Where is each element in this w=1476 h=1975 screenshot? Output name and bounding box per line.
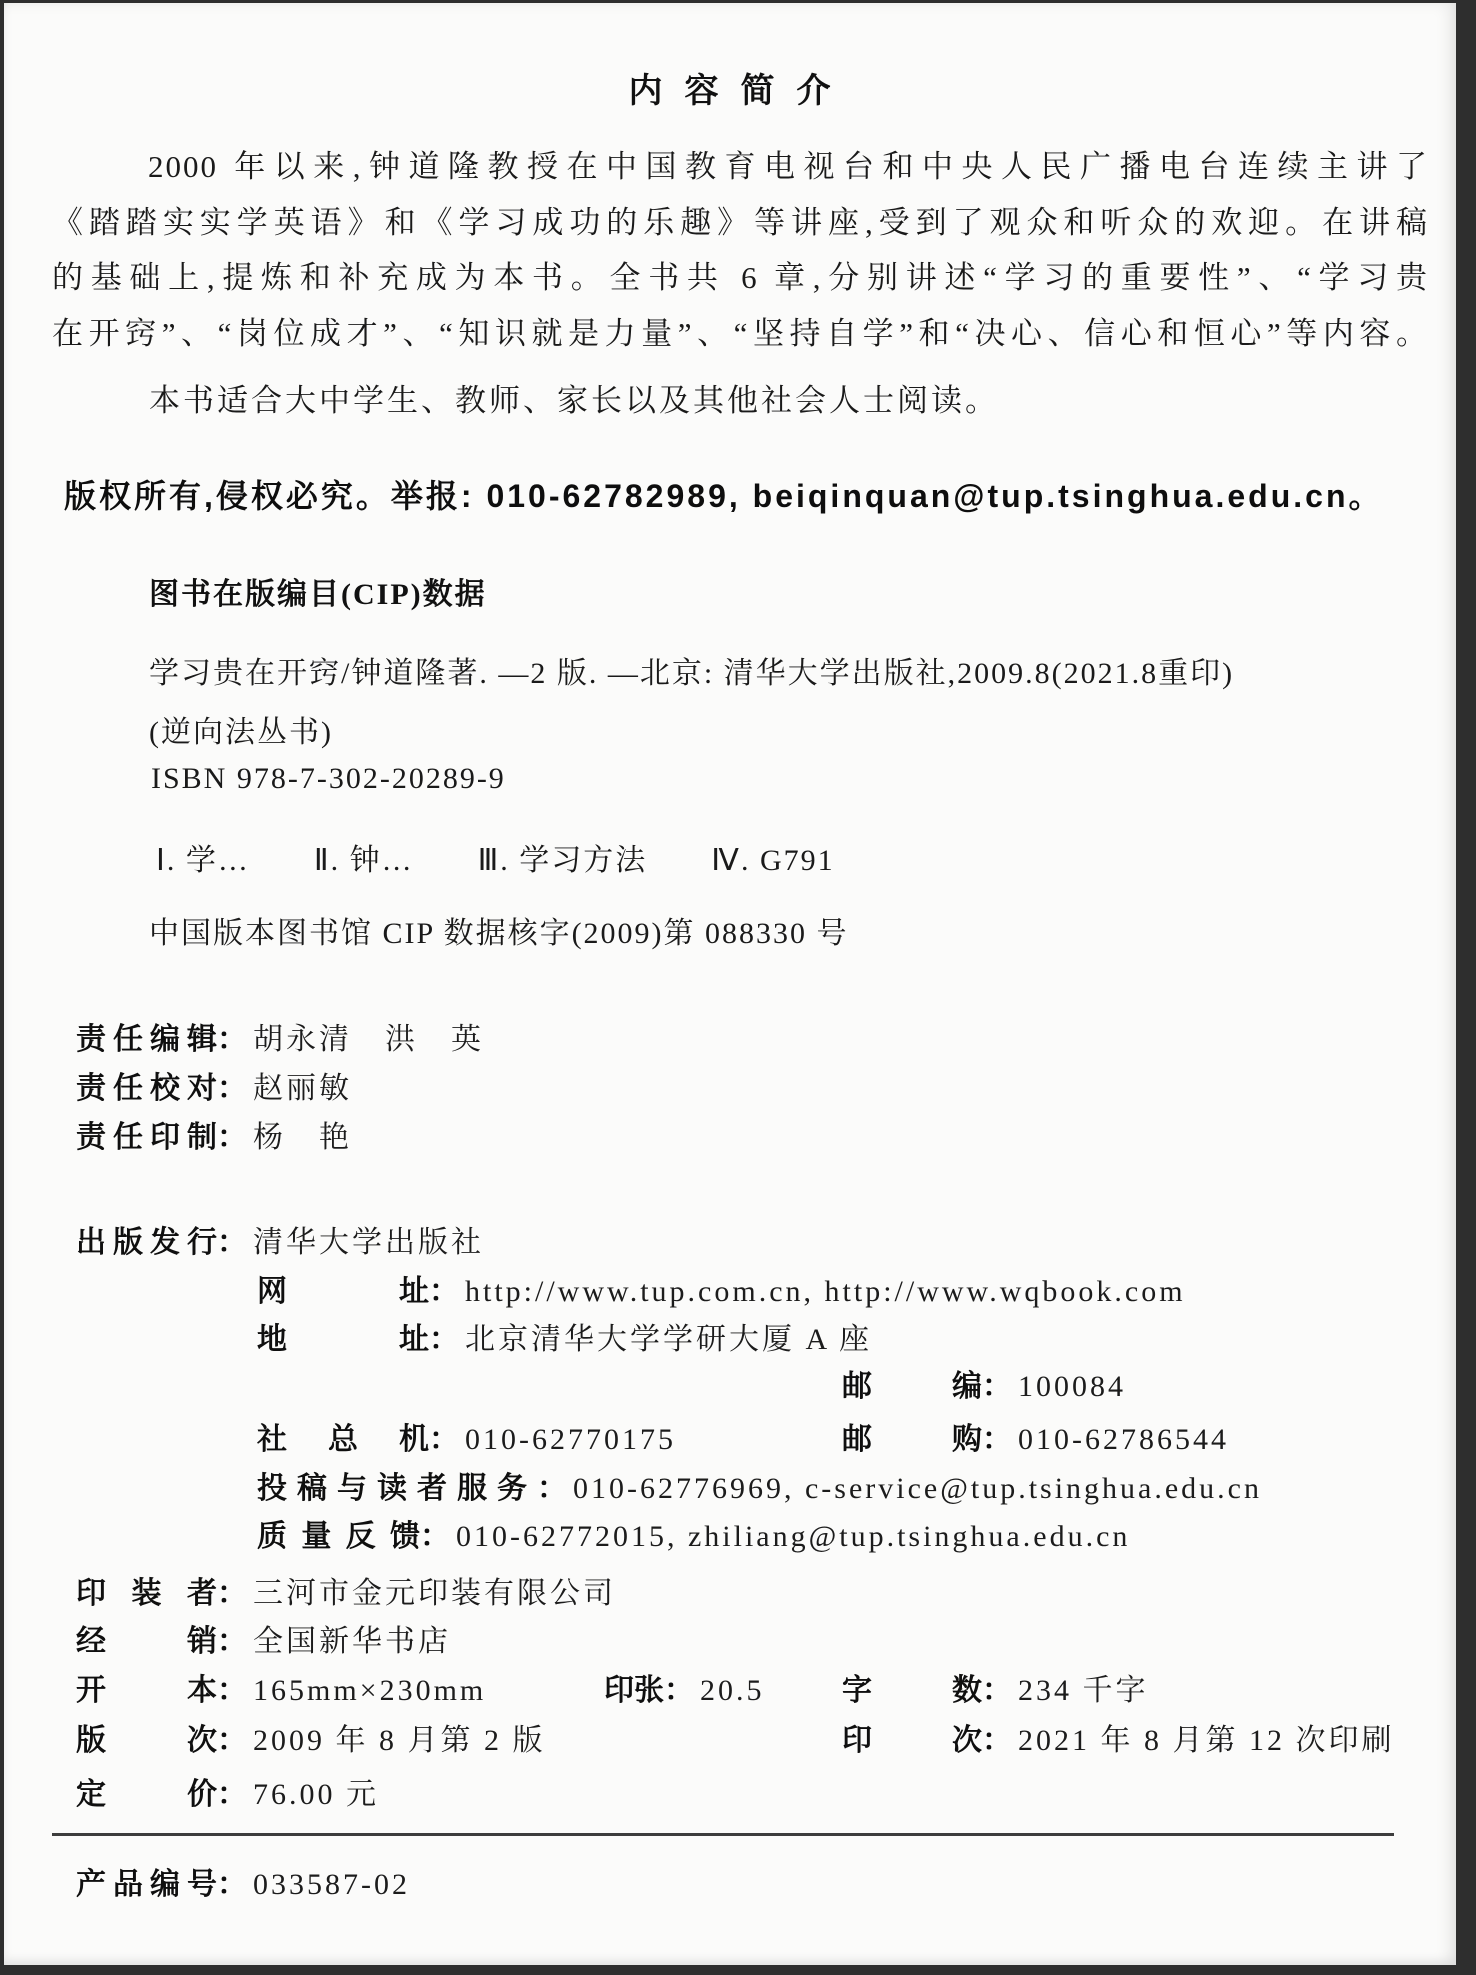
cip-classification: Ⅰ. 学… Ⅱ. 钟… Ⅲ. 学习方法 Ⅳ. G791 xyxy=(156,835,835,879)
address-value: 北京清华大学学研大厦 A 座 xyxy=(465,1323,872,1356)
label-colon: ： xyxy=(217,1625,247,1658)
intro-line-3: 的基础上,提炼和补充成为本书。全书共 6 章,分别讲述“学习的重要性”、“学习贵 xyxy=(52,250,1429,306)
words-segment: 字数：234 千字 xyxy=(842,1665,1149,1709)
publisher-value: 清华大学出版社 xyxy=(253,1226,484,1259)
format-value: 165mm×230mm xyxy=(253,1674,486,1707)
edition-impression-row: 版次：2009 年 8 月第 2 版 印次：2021 年 8 月第 12 次印刷 xyxy=(4,1715,1456,1757)
label-colon: ： xyxy=(420,1520,450,1553)
binder-row: 印装者：三河市金元印装有限公司 xyxy=(76,1568,616,1612)
publisher-label: 出版发行 xyxy=(76,1217,217,1261)
zipcode-label: 邮编 xyxy=(842,1361,982,1405)
staff-proofreader-label: 责任校对 xyxy=(76,1063,217,1107)
publisher-row: 出版发行：清华大学出版社 xyxy=(76,1217,484,1261)
label-colon: ： xyxy=(217,1226,247,1259)
website-value: http://www.tup.com.cn, http://www.wqbook… xyxy=(465,1275,1186,1308)
switchboard-value: 010-62770175 xyxy=(465,1423,676,1456)
zipcode-value: 100084 xyxy=(1018,1370,1126,1403)
price-row: 定价：76.00 元 xyxy=(76,1769,379,1813)
label-colon: ： xyxy=(217,1724,247,1757)
mailorder-label: 邮购 xyxy=(842,1414,982,1458)
words-value: 234 千字 xyxy=(1018,1674,1149,1707)
divider-line xyxy=(52,1833,1394,1836)
edition-label: 版次 xyxy=(76,1715,217,1759)
staff-print-supervisor-row: 责任印制：杨 艳 xyxy=(76,1112,352,1156)
label-colon: ： xyxy=(537,1472,567,1505)
label-colon: ： xyxy=(429,1323,459,1356)
label-colon: ： xyxy=(982,1423,1012,1456)
intro-line-1: 2000 年以来,钟道隆教授在中国教育电视台和中央人民广播电台连续主讲了 xyxy=(52,139,1429,195)
distributor-row: 经销：全国新华书店 xyxy=(76,1616,451,1660)
label-colon: ： xyxy=(664,1674,694,1707)
staff-editor-value: 胡永清 洪 英 xyxy=(253,1023,484,1056)
mailorder-segment: 邮购：010-62786544 xyxy=(842,1414,1229,1458)
cip-series: (逆向法丛书) xyxy=(149,707,333,751)
reader-service-value: 010-62776969, c-service@tup.tsinghua.edu… xyxy=(573,1472,1262,1505)
label-colon: ： xyxy=(217,1072,247,1105)
page-title: 内容简介 xyxy=(52,63,1429,112)
quality-feedback-row: 质量反馈：010-62772015, zhiliang@tup.tsinghua… xyxy=(257,1511,1130,1555)
label-colon: ： xyxy=(217,1577,247,1610)
words-label: 字数 xyxy=(842,1665,982,1709)
cip-isbn: ISBN 978-7-302-20289-9 xyxy=(151,762,506,796)
distributor-label: 经销 xyxy=(76,1616,217,1660)
label-colon: ： xyxy=(217,1023,247,1056)
product-number-label: 产品编号 xyxy=(76,1859,217,1903)
staff-proofreader-row: 责任校对：赵丽敏 xyxy=(76,1063,352,1107)
product-number-row: 产品编号：033587-02 xyxy=(76,1859,410,1903)
website-row: 网址：http://www.tup.com.cn, http://www.wqb… xyxy=(257,1266,1186,1310)
label-colon: ： xyxy=(429,1275,459,1308)
label-colon: ： xyxy=(429,1423,459,1456)
distributor-value: 全国新华书店 xyxy=(253,1625,451,1658)
address-label: 地址 xyxy=(257,1314,429,1358)
intro-paragraph: 2000 年以来,钟道隆教授在中国教育电视台和中央人民广播电台连续主讲了 《踏踏… xyxy=(52,139,1429,361)
edition-value: 2009 年 8 月第 2 版 xyxy=(253,1724,546,1757)
binder-value: 三河市金元印装有限公司 xyxy=(253,1577,616,1610)
impression-label: 印次 xyxy=(842,1715,982,1759)
label-colon: ： xyxy=(982,1724,1012,1757)
sheets-label: 印张 xyxy=(604,1665,664,1709)
format-segment: 开本：165mm×230mm xyxy=(76,1665,486,1709)
format-label: 开本 xyxy=(76,1665,217,1709)
reader-service-row: 投稿与读者服务：010-62776969, c-service@tup.tsin… xyxy=(257,1463,1262,1507)
cip-record: 学习贵在开窍/钟道隆著. —2 版. —北京: 清华大学出版社,2009.8(2… xyxy=(149,648,1234,692)
staff-editor-label: 责任编辑 xyxy=(76,1014,217,1058)
sheets-segment: 印张：20.5 xyxy=(604,1665,765,1709)
label-colon: ： xyxy=(982,1674,1012,1707)
format-sheets-words-row: 开本：165mm×230mm 印张：20.5 字数：234 千字 xyxy=(4,1665,1456,1707)
mailorder-value: 010-62786544 xyxy=(1018,1423,1229,1456)
edition-segment: 版次：2009 年 8 月第 2 版 xyxy=(76,1715,546,1759)
staff-editor-row: 责任编辑：胡永清 洪 英 xyxy=(76,1014,484,1058)
staff-print-supervisor-label: 责任印制 xyxy=(76,1112,217,1156)
intro-line-2: 《踏踏实实学英语》和《学习成功的乐趣》等讲座,受到了观众和听众的欢迎。在讲稿 xyxy=(52,195,1429,251)
product-number-value: 033587-02 xyxy=(253,1868,410,1901)
price-value: 76.00 元 xyxy=(253,1778,379,1811)
staff-print-supervisor-value: 杨 艳 xyxy=(253,1121,352,1154)
staff-proofreader-value: 赵丽敏 xyxy=(253,1072,352,1105)
intro-audience-line: 本书适合大中学生、教师、家长以及其他社会人士阅读。 xyxy=(149,375,999,420)
impression-segment: 印次：2021 年 8 月第 12 次印刷 xyxy=(842,1715,1395,1759)
impression-value: 2021 年 8 月第 12 次印刷 xyxy=(1018,1724,1395,1757)
switchboard-segment: 社总机：010-62770175 xyxy=(257,1414,676,1458)
book-copyright-page: 内容简介 2000 年以来,钟道隆教授在中国教育电视台和中央人民广播电台连续主讲… xyxy=(4,3,1456,1965)
binder-label: 印装者 xyxy=(76,1568,217,1612)
zipcode-row: 邮编：100084 xyxy=(842,1361,1126,1405)
cip-heading: 图书在版编目(CIP)数据 xyxy=(149,569,487,613)
sheets-value: 20.5 xyxy=(700,1674,765,1707)
switchboard-mailorder-row: 社总机：010-62770175 邮购：010-62786544 xyxy=(4,1414,1456,1456)
address-row: 地址：北京清华大学学研大厦 A 座 xyxy=(257,1314,872,1358)
reader-service-label: 投稿与读者服务 xyxy=(257,1463,537,1507)
cip-registry: 中国版本图书馆 CIP 数据核字(2009)第 088330 号 xyxy=(149,908,849,952)
quality-feedback-value: 010-62772015, zhiliang@tup.tsinghua.edu.… xyxy=(456,1520,1130,1553)
label-colon: ： xyxy=(982,1370,1012,1403)
label-colon: ： xyxy=(217,1778,247,1811)
label-colon: ： xyxy=(217,1674,247,1707)
price-label: 定价 xyxy=(76,1769,217,1813)
intro-line-4: 在开窍”、“岗位成才”、“知识就是力量”、“坚持自学”和“决心、信心和恒心”等内… xyxy=(52,306,1429,362)
label-colon: ： xyxy=(217,1121,247,1154)
quality-feedback-label: 质量反馈 xyxy=(257,1511,420,1555)
switchboard-label: 社总机 xyxy=(257,1414,429,1458)
label-colon: ： xyxy=(217,1868,247,1901)
website-label: 网址 xyxy=(257,1266,429,1310)
copyright-notice: 版权所有,侵权必究。举报: 010-62782989, beiqinquan@t… xyxy=(64,471,1384,517)
